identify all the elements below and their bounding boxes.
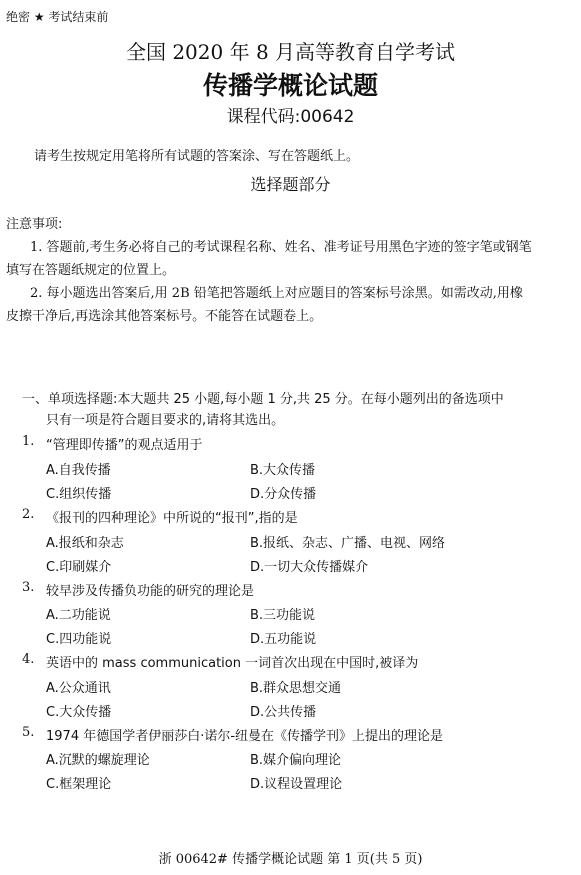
question-number: 3. [22, 580, 34, 595]
option-d[interactable]: D.一切大众传播媒介 [250, 556, 368, 575]
option-c[interactable]: C.组织传播 [46, 483, 111, 502]
notes-heading: 注意事项: [6, 213, 62, 232]
section-title: 选择题部分 [0, 172, 581, 195]
note-2-line2: 皮擦干净后,再选涂其他答案标号。不能答在试题卷上。 [6, 305, 322, 324]
option-b[interactable]: B.群众思想交通 [250, 677, 341, 696]
question-number: 5. [22, 725, 34, 740]
option-a[interactable]: A.报纸和杂志 [46, 532, 124, 551]
course-code: 课程代码:00642 [0, 102, 581, 127]
option-d[interactable]: D.公共传播 [250, 701, 316, 720]
paper-title: 传播学概论试题 [0, 66, 581, 102]
question-number: 2. [22, 507, 34, 522]
question-stem: 较早涉及传播负功能的研究的理论是 [46, 580, 254, 599]
option-b[interactable]: B.三功能说 [250, 604, 315, 623]
option-a[interactable]: A.公众通讯 [46, 677, 111, 696]
note-1-line1: 1. 答题前,考生务必将自己的考试课程名称、姓名、准考证号用黑色字迹的签字笔或钢… [30, 236, 532, 255]
option-a[interactable]: A.二功能说 [46, 604, 111, 623]
option-b[interactable]: B.媒介偏向理论 [250, 749, 341, 768]
option-d[interactable]: D.分众传播 [250, 483, 316, 502]
question-section-line1: 一、单项选择题:本大题共 25 小题,每小题 1 分,共 25 分。在每小题列出… [22, 388, 504, 407]
instruction: 请考生按规定用笔将所有试题的答案涂、写在答题纸上。 [34, 145, 359, 164]
option-b[interactable]: B.报纸、杂志、广播、电视、网络 [250, 532, 445, 551]
option-d[interactable]: D.五功能说 [250, 628, 316, 647]
question-number: 1. [22, 434, 34, 449]
question-stem: 《报刊的四种理论》中所说的“报刊”,指的是 [46, 507, 298, 526]
option-a[interactable]: A.自我传播 [46, 459, 111, 478]
option-b[interactable]: B.大众传播 [250, 459, 315, 478]
option-a[interactable]: A.沉默的螺旋理论 [46, 749, 150, 768]
option-c[interactable]: C.四功能说 [46, 628, 111, 647]
option-d[interactable]: D.议程设置理论 [250, 773, 342, 792]
note-1-line2: 填写在答题纸规定的位置上。 [6, 259, 175, 278]
question-stem: 1974 年德国学者伊丽莎白·诺尔-纽曼在《传播学刊》上提出的理论是 [46, 725, 443, 744]
option-c[interactable]: C.印刷媒介 [46, 556, 111, 575]
secrecy-label: 绝密 ★ 考试结束前 [6, 8, 108, 25]
exam-title: 全国 2020 年 8 月高等教育自学考试 [0, 36, 581, 65]
question-section-line2: 只有一项是符合题目要求的,请将其选出。 [46, 409, 284, 428]
option-c[interactable]: C.框架理论 [46, 773, 111, 792]
note-2-line1: 2. 每小题选出答案后,用 2B 铅笔把答题纸上对应题目的答案标号涂黑。如需改动… [30, 282, 523, 301]
question-stem: “管理即传播”的观点适用于 [46, 434, 202, 453]
option-c[interactable]: C.大众传播 [46, 701, 111, 720]
question-stem: 英语中的 mass communication 一词首次出现在中国时,被译为 [46, 652, 418, 671]
question-number: 4. [22, 652, 34, 667]
page-footer: 浙 00642# 传播学概论试题 第 1 页(共 5 页) [0, 848, 581, 867]
